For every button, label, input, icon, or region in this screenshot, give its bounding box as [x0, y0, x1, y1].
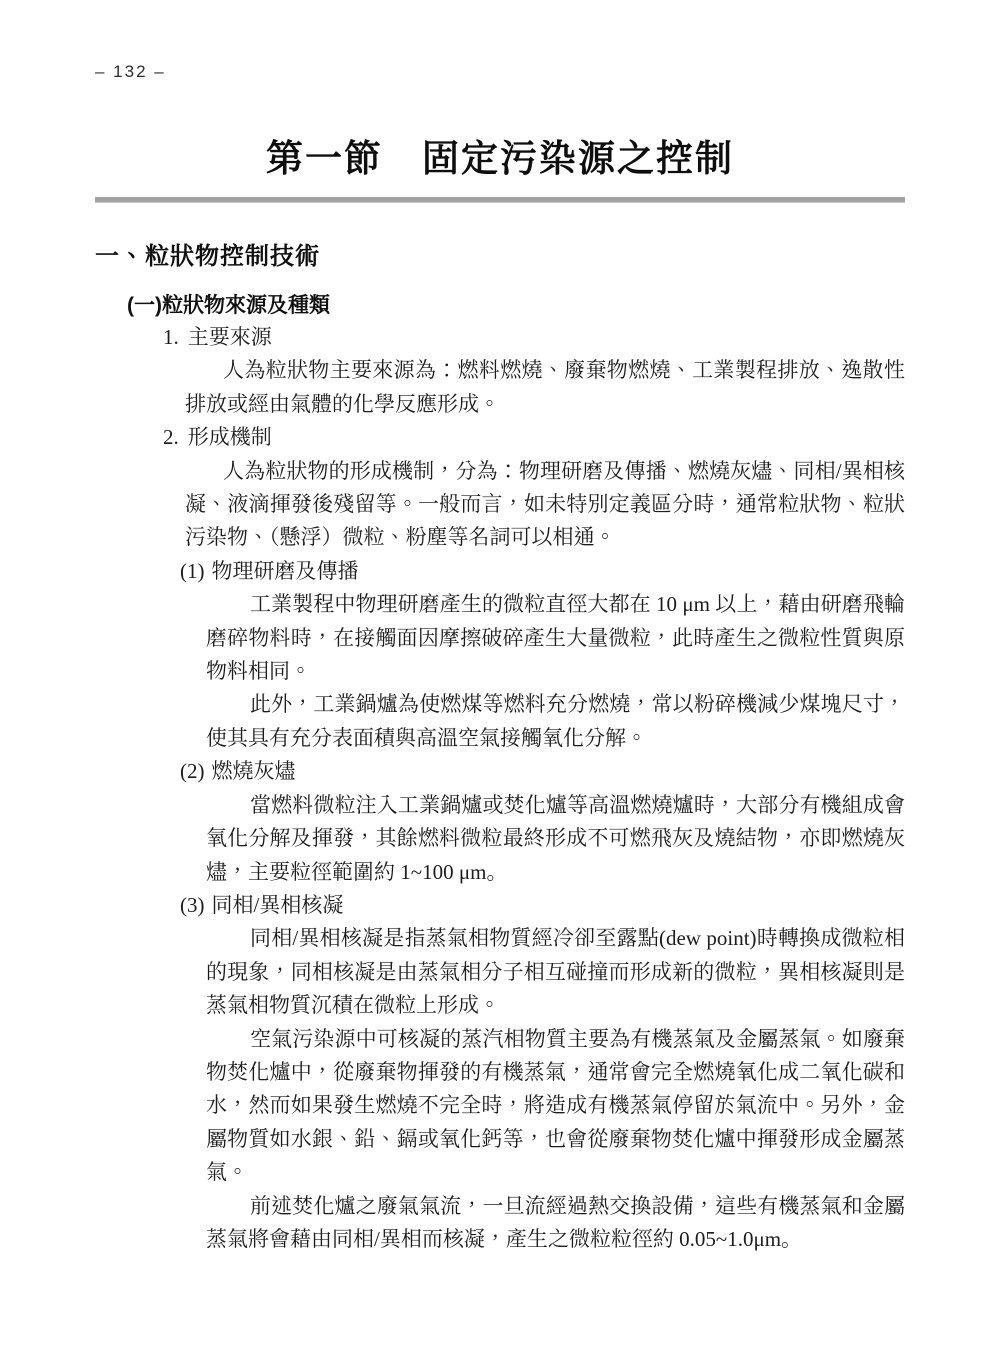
body-text: 1.主要來源 人為粒狀物主要來源為：燃料燃燒、廢棄物燃燒、工業製程排放、逸散性排… [95, 321, 905, 1256]
section-heading: 一、粒狀物控制技術 [95, 236, 320, 271]
sublist-item-1-paragraph-1: 工業製程中物理研磨產生的微粒直徑大都在 10 μm 以上，藉由研磨飛輪磨碎物料時… [206, 588, 905, 688]
list-item-2-title: 形成機制 [188, 425, 272, 449]
list-item-1-paragraph: 人為粒狀物主要來源為：燃料燃燒、廢棄物燃燒、工業製程排放、逸散性排放或經由氣體的… [185, 354, 905, 421]
list-item-1-label: 1. [163, 325, 179, 349]
subsection-heading: (一)粒狀物來源及種類 [127, 289, 330, 319]
sublist-item-3-paragraph-2: 空氣污染源中可核凝的蒸汽相物質主要為有機蒸氣及金屬蒸氣。如廢棄物焚化爐中，從廢棄… [206, 1023, 905, 1190]
page-number: – 132 – [95, 62, 166, 82]
sublist-item-1-label: (1) [180, 559, 205, 583]
sublist-item-3-paragraph-1: 同相/異相核凝是指蒸氣相物質經冷卻至露點(dew point)時轉換成微粒相的現… [206, 922, 905, 1022]
sublist-item-1-title: 物理研磨及傳播 [212, 559, 359, 583]
list-item-2-heading: 2.形成機制 [95, 421, 905, 454]
document-title: 第一節 固定污染源之控制 [0, 128, 1000, 182]
sublist-item-2-paragraph-1: 當燃料微粒注入工業鍋爐或焚化爐等高溫燃燒爐時，大部分有機組成會氧化分解及揮發，其… [206, 789, 905, 889]
list-item-1-title: 主要來源 [188, 325, 272, 349]
sublist-item-2-title: 燃燒灰燼 [212, 759, 296, 783]
sublist-item-1-paragraph-2: 此外，工業鍋爐為使燃煤等燃料充分燃燒，常以粉碎機減少煤塊尺寸，使其具有充分表面積… [206, 688, 905, 755]
list-item-2-label: 2. [163, 425, 179, 449]
sublist-item-3-title: 同相/異相核凝 [212, 893, 344, 917]
list-item-1-heading: 1.主要來源 [95, 321, 905, 354]
sublist-item-3-label: (3) [180, 893, 205, 917]
document-page: – 132 – 第一節 固定污染源之控制 一、粒狀物控制技術 (一)粒狀物來源及… [0, 0, 1000, 1353]
list-item-2-paragraph: 人為粒狀物的形成機制，分為：物理研磨及傳播、燃燒灰燼、同相/異相核凝、液滴揮發後… [185, 455, 905, 555]
sublist-item-2-label: (2) [180, 759, 205, 783]
sublist-item-3-heading: (3)同相/異相核凝 [95, 889, 905, 922]
sublist-item-2-heading: (2)燃燒灰燼 [95, 755, 905, 788]
title-divider [95, 197, 905, 203]
sublist-item-3-paragraph-3: 前述焚化爐之廢氣氣流，一旦流經過熱交換設備，這些有機蒸氣和金屬蒸氣將會藉由同相/… [206, 1190, 905, 1257]
sublist-item-1-heading: (1)物理研磨及傳播 [95, 555, 905, 588]
